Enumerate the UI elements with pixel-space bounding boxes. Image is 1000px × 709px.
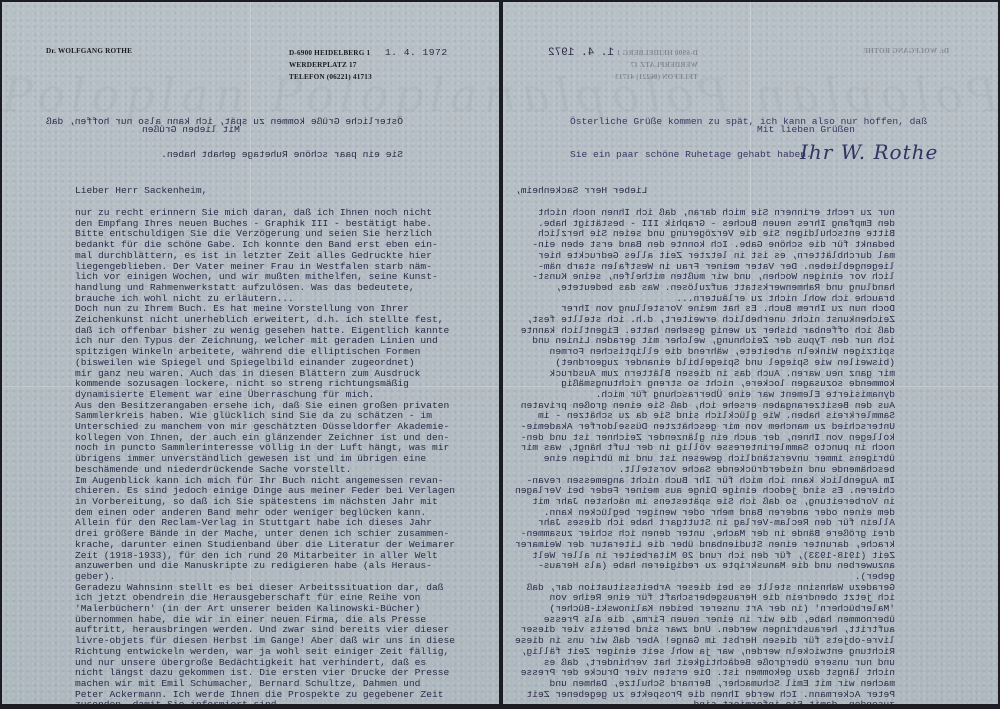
letterhead-address: D-6900 HEIDELBERG 1 WERDERPLATZ 17 TELEF…: [289, 48, 372, 83]
bleed-through-date: 1. 4. 1972: [548, 48, 614, 59]
body-line: anzuwerben und die Manuskripte zu redigi…: [75, 561, 455, 572]
letterhead-name: Dr. WOLFGANG ROTHE: [46, 47, 132, 55]
address-line-phone: TELEFON (06221) 41713: [289, 72, 372, 84]
body-line: geber).: [75, 572, 455, 583]
greeting-line: Österliche Grüße kommen zu spät, ich kan…: [570, 117, 927, 128]
easter-greeting: Österliche Grüße kommen zu spät, ich kan…: [570, 96, 927, 182]
body-line: krache, darunter einen Studienband über …: [515, 540, 895, 551]
handwritten-signature: Ihr W. Rothe: [800, 140, 938, 164]
body-line: beschämende und niederdrückende Sache vo…: [515, 465, 895, 476]
bleed-through-salutation: Lieber Herr Sackenheim,: [515, 186, 647, 197]
letter-body: nur zu recht erinnern Sie mich daran, da…: [75, 208, 455, 704]
body-line: zusenden, damit Sie informiert sind.: [75, 700, 455, 704]
body-line: Richtung entwickeln werden, war ja wohl …: [515, 647, 895, 658]
body-line: beschämende und niederdrückende Sache vo…: [75, 465, 455, 476]
letter-page-front: Poloplan Poloplan Po Dr. WOLFGANG ROTHE …: [2, 2, 499, 704]
body-line: anzuwerben und die Manuskripte zu redigi…: [515, 561, 895, 572]
bleed-through-closing: Mit lieben Grüßen: [142, 125, 240, 136]
salutation: Lieber Herr Sackenheim,: [75, 186, 207, 197]
letter-page-reverse: Poloplan Poloplan Po Dr. WOLFGANG ROTHE …: [503, 2, 998, 704]
address-line-street: WERDERPLATZ 17: [289, 60, 372, 72]
body-line: krache, darunter einen Studienband über …: [75, 540, 455, 551]
body-line: geber).: [515, 572, 895, 583]
letter-date: 1. 4. 1972: [385, 48, 448, 59]
closing: Mit lieben Grüßen: [757, 125, 855, 136]
body-line: mal durchblättern, es ist in letzter Zei…: [75, 251, 455, 262]
body-line: (bisweilen wie Spiegel und Spiegelbild e…: [515, 358, 895, 369]
bleed-through-letterhead-name: Dr. WOLFGANG ROTHE: [863, 47, 949, 55]
body-line: mal durchblättern, es ist in letzter Zei…: [515, 251, 895, 262]
address-line-city: D-6900 HEIDELBERG 1: [289, 48, 372, 60]
bleed-through-letterhead-address: D-6900 HEIDELBERG 1 WERDERPLATZ 17 TELEF…: [615, 48, 698, 83]
body-line: Richtung entwickeln werden, war ja wohl …: [75, 647, 455, 658]
bleed-through-body: nur zu recht erinnern Sie mich daran, da…: [515, 208, 895, 704]
bleed-through-greeting: Österliche Grüße kommen zu spät, ich kan…: [46, 96, 403, 182]
body-line: zusenden, damit Sie informiert sind.: [515, 700, 895, 704]
body-line: (bisweilen wie Spiegel und Spiegelbild e…: [75, 358, 455, 369]
